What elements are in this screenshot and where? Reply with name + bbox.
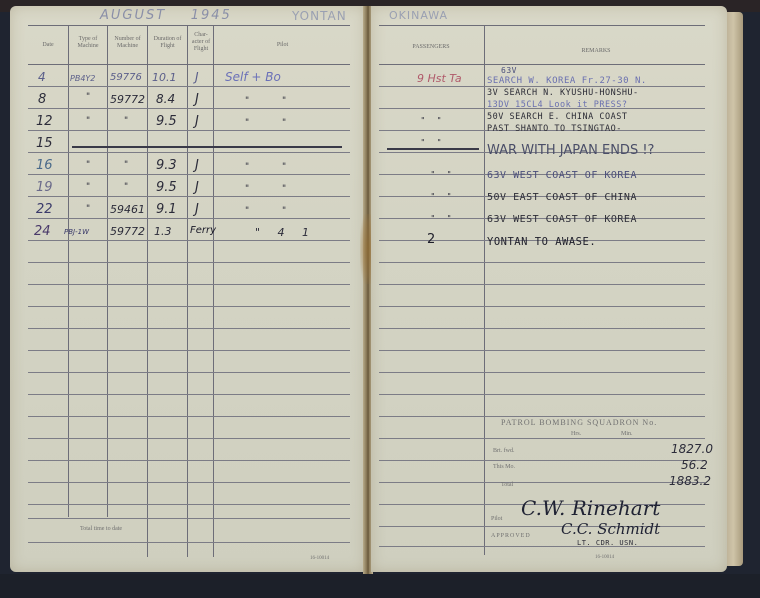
duration: 10.1 [152, 71, 177, 84]
remark: 50V SEARCH E. CHINA COAST [487, 112, 627, 122]
summary-col-min: Min. [621, 431, 633, 437]
form-number: 16-10014 [310, 556, 329, 561]
remark: SEARCH W. KOREA Fr.27-30 N. [487, 76, 647, 86]
pilot: " " [245, 184, 286, 194]
remark: 50V EAST COAST OF CHINA [487, 192, 637, 203]
col-divider [484, 25, 485, 555]
type-of-machine: PBJ-1W [64, 228, 89, 236]
date: 15 [36, 136, 53, 151]
passengers: " " [421, 138, 441, 147]
approver-rank: LT. CDR. USN. [577, 539, 638, 547]
date: 24 [34, 224, 51, 239]
header-date: Date [28, 42, 68, 49]
total-time-label: Total time to date [80, 526, 122, 532]
number-of-machine: 59776 [110, 72, 142, 83]
row-rule [379, 416, 705, 417]
duration: 9.1 [156, 202, 177, 217]
row-rule [28, 482, 350, 483]
summary-col-hrs: Hrs. [571, 431, 581, 437]
summary-label: This Mo. [493, 464, 515, 470]
duration: 9.5 [156, 180, 177, 195]
remark-war-ends: WAR WITH JAPAN ENDS !? [487, 143, 654, 158]
summary-value: 1827.0 [671, 442, 713, 456]
type-of-machine: PB4Y2 [70, 74, 95, 83]
col-divider [187, 25, 188, 557]
row-rule [379, 460, 705, 461]
strikethrough-line [387, 148, 479, 150]
header-bottom-rule [379, 64, 705, 65]
number-of-machine: 59772 [110, 225, 145, 238]
summary-title: PATROL BOMBING SQUADRON No. [501, 418, 657, 427]
remark: 13DV 15CL4 Look it PRESS? [487, 100, 627, 110]
summary-label: Brt. fwd. [493, 448, 515, 454]
right-page: OKINAWA PASSENGERS REMARKS 9 Hst Ta " " [371, 6, 727, 572]
passengers: 2 [427, 232, 435, 247]
pilot: Self + Bo [225, 70, 281, 84]
passengers: 9 Hst Ta [417, 72, 462, 85]
character: J [195, 202, 199, 217]
character: Ferry [190, 225, 216, 236]
pilot-label: Pilot [491, 516, 502, 522]
header-character: Char-acter of Flight [189, 32, 213, 53]
row-rule [28, 262, 350, 263]
date: 8 [38, 92, 46, 107]
strikethrough-line [72, 146, 342, 148]
row-rule [28, 86, 350, 87]
remark: 63V WEST COAST OF KOREA [487, 170, 637, 181]
row-rule [28, 438, 350, 439]
year-label: 1945 [191, 8, 232, 23]
row-rule [379, 438, 705, 439]
month-year-heading: AUGUST 1945 [100, 8, 232, 23]
date: 12 [36, 114, 53, 129]
passengers: " " [431, 214, 451, 223]
date: 19 [36, 180, 53, 195]
header-top-rule [379, 25, 705, 26]
remark: 3V SEARCH N. KYUSHU-HONSHU- [487, 88, 639, 98]
row-rule [379, 306, 705, 307]
row-rule [28, 240, 350, 241]
form-number: 16-10014 [595, 555, 614, 560]
type-of-machine: " [86, 182, 90, 192]
location-right: OKINAWA [389, 9, 448, 22]
number-of-machine: 59461 [110, 203, 145, 216]
row-rule [379, 328, 705, 329]
row-rule [28, 306, 350, 307]
row-rule [28, 174, 350, 175]
type-of-machine: " [86, 160, 90, 170]
summary-label: Total [501, 482, 513, 488]
number-of-machine: " [124, 160, 128, 170]
row-rule [379, 284, 705, 285]
left-page: AUGUST 1945 YONTAN Date Type of Machine … [10, 6, 365, 572]
number-of-machine: " [124, 182, 128, 192]
header-top-rule [28, 25, 350, 26]
row-rule [28, 542, 350, 543]
character: J [195, 158, 199, 173]
row-rule [28, 196, 350, 197]
date: 16 [36, 158, 53, 173]
summary-value: 1883.2 [669, 474, 711, 488]
remark: YONTAN TO AWASE. [487, 236, 596, 248]
number-of-machine: 59772 [110, 93, 145, 106]
row-rule [379, 372, 705, 373]
row-rule [379, 262, 705, 263]
character: J [195, 180, 199, 195]
pilot-signature: C.W. Rinehart [521, 496, 660, 520]
summary-value: 56.2 [681, 458, 708, 472]
remark: PAST SHANTO TO TSINGTAO- [487, 124, 622, 134]
row-rule [28, 416, 350, 417]
flight-logbook: AUGUST 1945 YONTAN Date Type of Machine … [10, 6, 745, 576]
location-left: YONTAN [292, 9, 347, 23]
col-divider [147, 25, 148, 557]
date: 22 [36, 202, 53, 217]
row-rule [28, 218, 350, 219]
row-rule [28, 152, 350, 153]
character: J [195, 114, 199, 129]
header-duration: Duration of Flight [149, 36, 186, 50]
character: J [195, 70, 199, 84]
row-rule [379, 394, 705, 395]
type-of-machine: " [86, 204, 90, 214]
row-rule [28, 130, 350, 131]
type-of-machine: " [86, 92, 90, 102]
number-of-machine: " [124, 116, 128, 126]
row-rule [28, 460, 350, 461]
row-rule [28, 504, 350, 505]
header-number-of-machine: Number of Machine [109, 36, 146, 50]
row-rule [28, 394, 350, 395]
row-rule [379, 482, 705, 483]
header-passengers: PASSENGERS [381, 44, 481, 51]
col-divider [107, 25, 108, 517]
remark-prefix: 63V [501, 66, 517, 75]
duration: 8.4 [156, 92, 175, 106]
row-rule [28, 518, 350, 519]
pilot: " 4 1 [255, 226, 309, 239]
header-bottom-rule [28, 64, 350, 65]
date: 4 [38, 70, 46, 84]
pilot: " " [245, 96, 286, 106]
type-of-machine: " [86, 116, 90, 126]
row-rule [28, 284, 350, 285]
background-bottom [0, 574, 760, 598]
col-divider [213, 25, 214, 557]
row-rule [379, 546, 705, 547]
passengers: " " [431, 192, 451, 201]
approver-signature: C.C. Schmidt [561, 520, 660, 538]
character: J [195, 92, 199, 107]
passengers: " " [431, 170, 451, 179]
row-rule [28, 108, 350, 109]
approved-label: APPROVED [491, 533, 531, 539]
pilot: " " [245, 162, 286, 172]
pilot: " " [245, 206, 286, 216]
remark: 63V WEST COAST OF KOREA [487, 214, 637, 225]
pilot: " " [245, 118, 286, 128]
duration: 1.3 [154, 225, 172, 238]
page-stack-edge [727, 12, 743, 566]
header-remarks: REMARKS [487, 48, 705, 55]
month-label: AUGUST [100, 8, 166, 23]
header-pilot: Pilot [215, 42, 350, 49]
duration: 9.5 [156, 114, 177, 129]
row-rule [28, 350, 350, 351]
row-rule [379, 86, 705, 87]
col-divider [68, 25, 69, 517]
row-rule [379, 350, 705, 351]
duration: 9.3 [156, 158, 177, 173]
row-rule [28, 372, 350, 373]
passengers: " " [421, 116, 441, 125]
header-type-of-machine: Type of Machine [70, 36, 106, 50]
row-rule [28, 328, 350, 329]
